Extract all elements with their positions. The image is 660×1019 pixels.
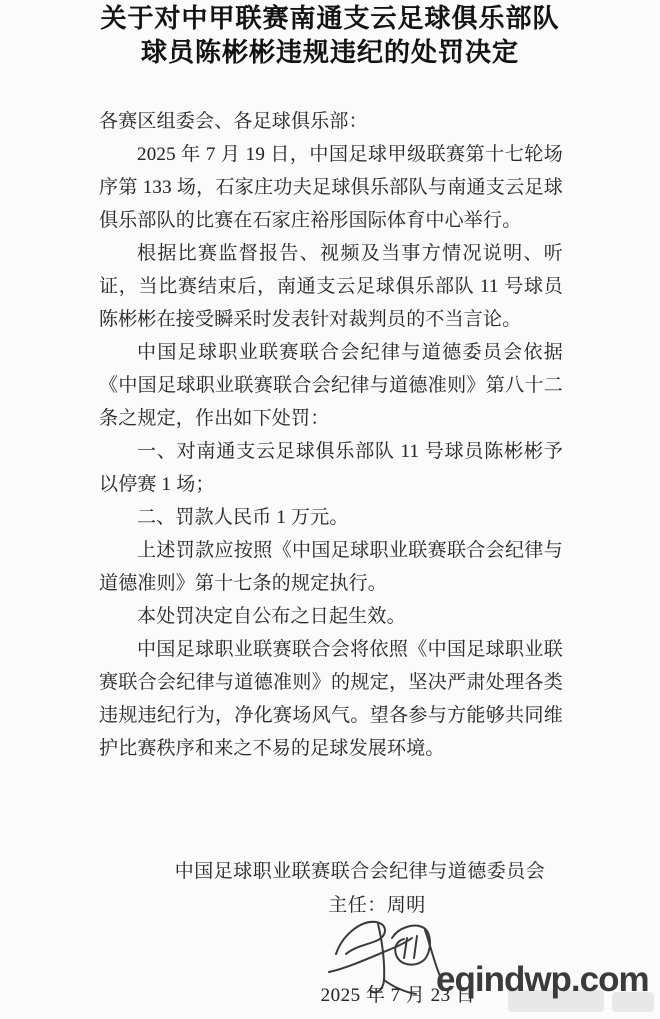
paragraph-match-info: 2025 年 7 月 19 日，中国足球甲级联赛第十七轮场序第 133 场，石家… — [99, 138, 563, 237]
paragraph-effective-date: 本处罚决定自公布之日起生效。 — [99, 600, 563, 633]
document-title-line1: 关于对中甲联赛南通支云足球俱乐部队 — [0, 2, 660, 36]
paragraph-closing-statement: 中国足球职业联赛联合会将依照《中国足球职业联赛联合会纪律与道德准则》的规定，坚决… — [99, 633, 563, 765]
paragraph-penalty-item-2: 二、罚款人民币 1 万元。 — [99, 501, 563, 534]
salutation: 各赛区组委会、各足球俱乐部： — [99, 105, 563, 138]
document-title: 关于对中甲联赛南通支云足球俱乐部队 球员陈彬彬违规违纪的处罚决定 — [0, 2, 660, 70]
paragraph-violation-description: 根据比赛监督报告、视频及当事方情况说明、听证，当比赛结束后，南通支云足球俱乐部队… — [99, 237, 563, 336]
document-title-line2: 球员陈彬彬违规违纪的处罚决定 — [0, 36, 660, 70]
paragraph-fine-execution: 上述罚款应按照《中国足球职业联赛联合会纪律与道德准则》第十七条的规定执行。 — [99, 534, 563, 600]
document-body: 各赛区组委会、各足球俱乐部： 2025 年 7 月 19 日，中国足球甲级联赛第… — [99, 105, 563, 765]
paragraph-penalty-item-1: 一、对南通支云足球俱乐部队 11 号球员陈彬彬予以停赛 1 场； — [99, 435, 563, 501]
watermark-text: eqindwp.com — [436, 960, 649, 1000]
paragraph-legal-basis: 中国足球职业联赛联合会纪律与道德委员会依据《中国足球职业联赛联合会纪律与道德准则… — [99, 336, 563, 435]
signature-organization: 中国足球职业联赛联合会纪律与道德委员会 — [0, 860, 660, 884]
scanned-document-page: 关于对中甲联赛南通支云足球俱乐部队 球员陈彬彬违规违纪的处罚决定 各赛区组委会、… — [0, 0, 660, 1019]
